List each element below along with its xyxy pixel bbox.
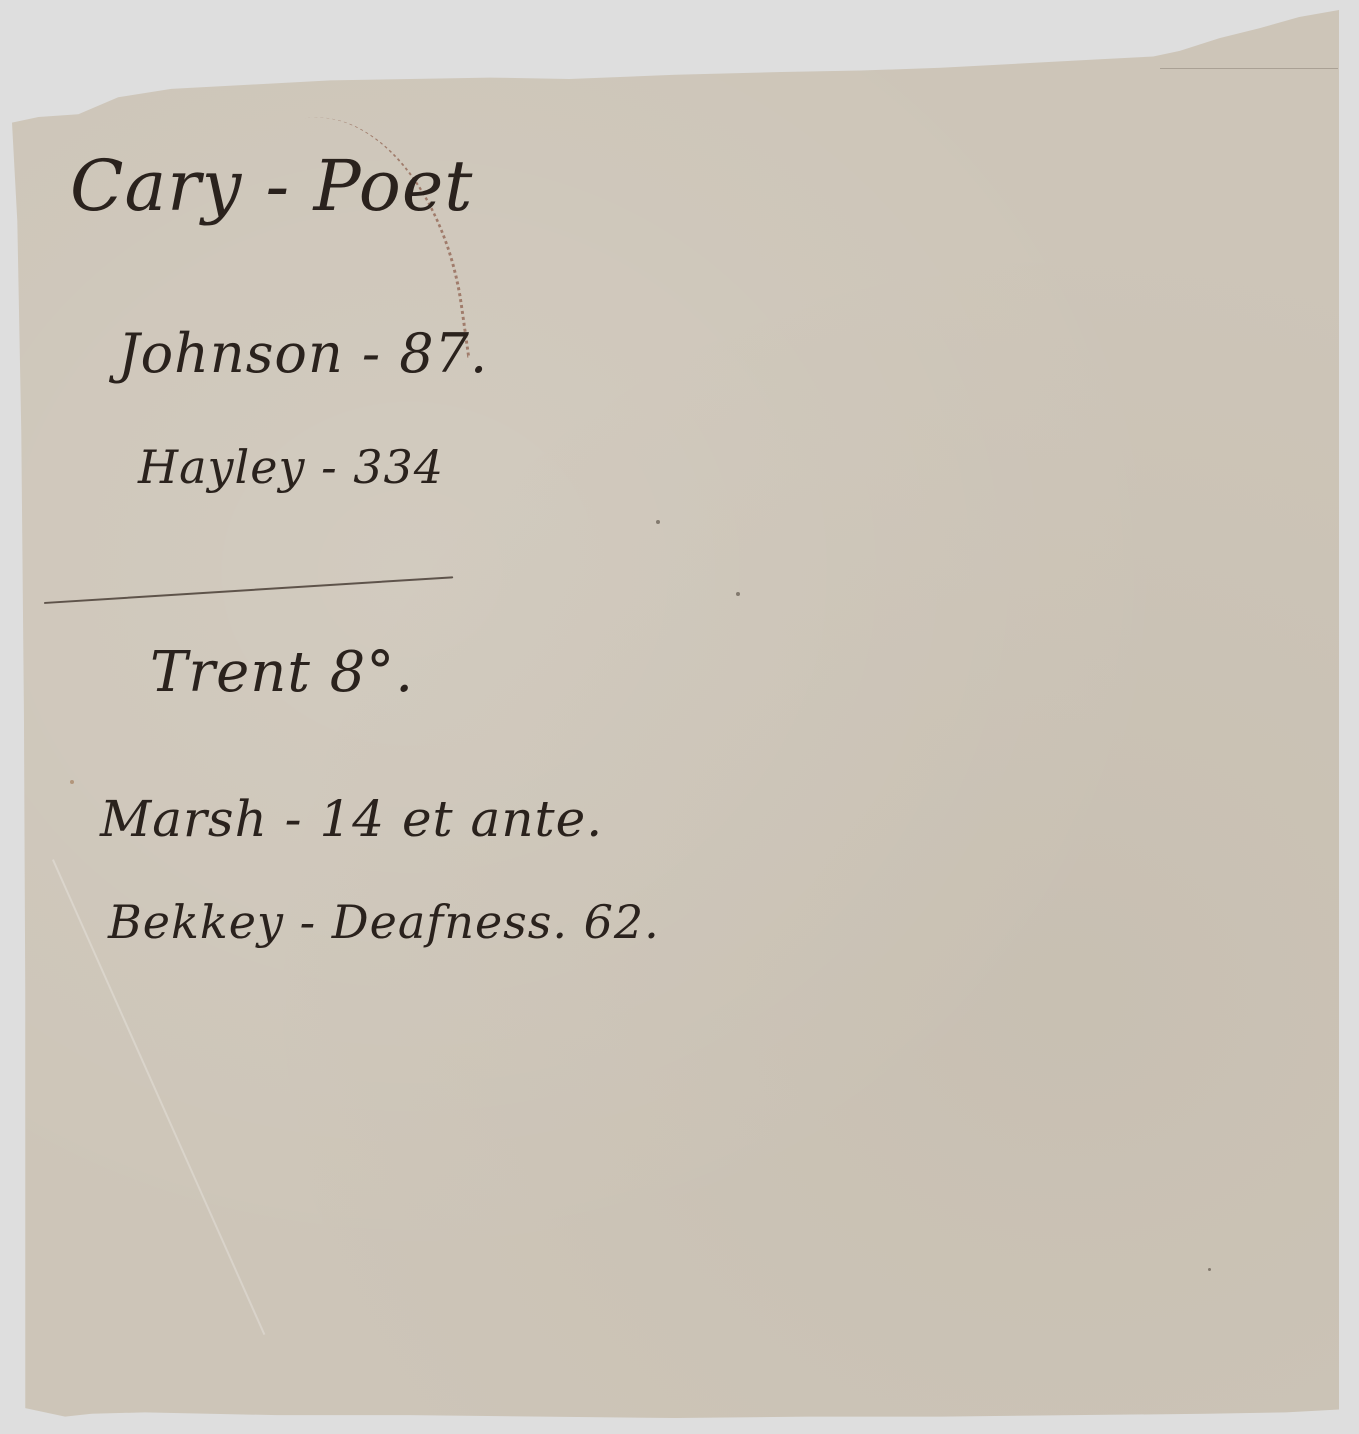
paper-speck — [1208, 1268, 1211, 1271]
note-line-heading: Cary - Poet — [70, 145, 473, 227]
note-line-heading: Trent 8°. — [150, 640, 414, 705]
note-line-entry: Marsh - 14 et ante. — [100, 790, 603, 848]
paper-speck — [656, 520, 660, 524]
note-line-entry: Bekkey - Deafness. 62. — [108, 895, 660, 949]
note-line-entry: Hayley - 334 — [138, 440, 444, 494]
note-line-entry: Johnson - 87. — [118, 322, 488, 385]
paper-speck — [70, 780, 74, 784]
top-edge-ruling — [1160, 68, 1338, 69]
paper-speck — [736, 592, 740, 596]
